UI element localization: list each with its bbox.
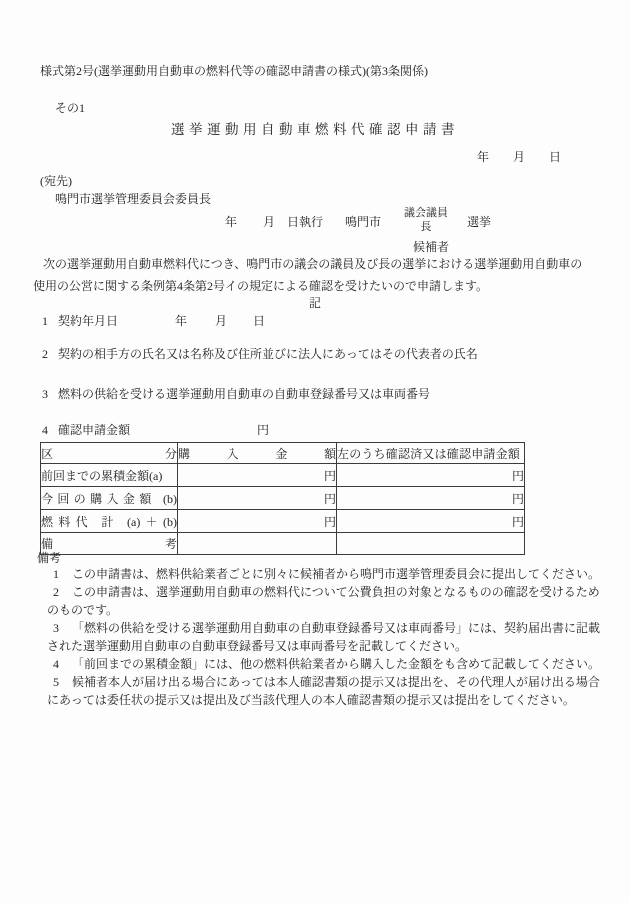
body-paragraph-line2: 使用の公営に関する条例第4条第2号イの規定による確認を受けたいので申請します。 xyxy=(33,279,488,293)
note-5: 5候補者本人が届け出る場合にあっては本人確認書類の提示又は提出を、その代理人が届… xyxy=(53,675,600,689)
item2-label: 契約の相手方の氏名又は名称及び住所並びに法人にあってはその代表者の氏名 xyxy=(58,347,478,361)
note-2: 2この申請書は、選挙運動用自動車の燃料代について公費負担の対象となるものの確認を… xyxy=(53,585,600,599)
document-title: 選挙運動用自動車燃料代確認申請書 xyxy=(0,123,630,137)
row1-amount-cell: 円 xyxy=(178,464,337,487)
row4-label: 備考 xyxy=(41,533,178,555)
form-code: 様式第2号(選挙運動用自動車の燃料代等の確認申請書の様式)(第3条関係) xyxy=(40,64,428,78)
election-suffix: 選挙 xyxy=(467,215,491,229)
note-4-number: 4 xyxy=(53,657,72,671)
table-row: 燃料代 計 (a)＋(b) 円 円 xyxy=(41,510,525,533)
office-bottom: 長 xyxy=(401,221,451,235)
row3-amount-cell: 円 xyxy=(178,510,337,533)
item1-number: 1 xyxy=(42,314,48,328)
candidate-label: 候補者 xyxy=(413,240,449,254)
item4-number: 4 xyxy=(42,423,48,437)
note-2-continuation: のものです。 xyxy=(47,603,118,617)
note-3-number: 3 xyxy=(53,621,72,635)
item4-unit: 円 xyxy=(257,423,269,437)
header-purchase-amount: 購入金額 xyxy=(178,443,337,464)
row2-confirmed-cell: 円 xyxy=(337,487,525,510)
row2-amount-cell: 円 xyxy=(178,487,337,510)
row4-confirmed-cell xyxy=(337,533,525,555)
table-row: 備考 xyxy=(41,533,525,555)
note-3-text: 「燃料の供給を受ける選挙運動用自動車の自動車登録番号又は車両番号」には、契約届出… xyxy=(72,621,600,635)
table-header-row: 区分 購入金額 左のうち確認済又は確認申請金額 xyxy=(41,443,525,464)
item1-label: 契約年月日 xyxy=(58,314,118,328)
item1-day: 日 xyxy=(253,314,265,328)
office-top: 議会議員 xyxy=(401,207,451,221)
item1-month: 月 xyxy=(215,314,227,328)
header-confirmed-amount: 左のうち確認済又は確認申請金額 xyxy=(337,443,525,464)
item2-number: 2 xyxy=(42,347,48,361)
note-4-text: 「前回までの累積金額」には、他の燃料供給業者から購入した金額をも含めて記載してく… xyxy=(72,657,600,671)
note-2-number: 2 xyxy=(53,585,72,599)
note-5-continuation: にあっては委任状の提示又は提出及び当該代理人の本人確認書類の提示又は提出をしてく… xyxy=(47,693,575,707)
note-5-number: 5 xyxy=(53,675,72,689)
note-3: 3「燃料の供給を受ける選挙運動用自動車の自動車登録番号又は車両番号」には、契約届… xyxy=(53,621,600,635)
header-date-year: 年 xyxy=(477,150,489,164)
row1-label: 前回までの累積金額(a) xyxy=(41,464,178,487)
item4-label: 確認申請金額 xyxy=(58,423,130,437)
application-form-page: 様式第2号(選挙運動用自動車の燃料代等の確認申請書の様式)(第3条関係) その1… xyxy=(0,0,630,903)
table-row: 今回の購入金額 (b) 円 円 xyxy=(41,487,525,510)
election-year: 年 xyxy=(225,215,237,229)
item3-number: 3 xyxy=(42,387,48,401)
addressee-prefix: (宛先) xyxy=(40,174,72,188)
note-1: 1この申請書は、燃料供給業者ごとに別々に候補者から鳴門市選挙管理委員会に提出して… xyxy=(53,567,600,581)
row1-confirmed-cell: 円 xyxy=(337,464,525,487)
row2-label: 今回の購入金額 (b) xyxy=(41,487,178,510)
note-5-text: 候補者本人が届け出る場合にあっては本人確認書類の提示又は提出を、その代理人が届け… xyxy=(72,675,600,689)
header-category: 区分 xyxy=(41,443,178,464)
note-2-text: この申請書は、選挙運動用自動車の燃料代について公費負担の対象となるものの確認を受… xyxy=(72,585,600,599)
row3-confirmed-cell: 円 xyxy=(337,510,525,533)
row3-label: 燃料代 計 (a)＋(b) xyxy=(41,510,178,533)
election-day-exec: 日執行 xyxy=(287,215,323,229)
body-paragraph-line1: 次の選挙運動用自動車燃料代につき、鳴門市の議会の議員及び長の選挙における選挙運動… xyxy=(33,257,582,271)
notes-heading: 備考 xyxy=(37,551,61,565)
note-3-continuation: された選挙運動用自動車の自動車登録番号又は車両番号を記載してください。 xyxy=(47,639,467,653)
note-1-text: この申請書は、燃料供給業者ごとに別々に候補者から鳴門市選挙管理委員会に提出してく… xyxy=(72,567,600,581)
header-date-day: 日 xyxy=(549,150,561,164)
part-label: その1 xyxy=(55,101,85,115)
office-choice: 議会議員 長 xyxy=(401,207,451,234)
addressee: 鳴門市選挙管理委員会委員長 xyxy=(55,192,211,206)
note-4: 4「前回までの累積金額」には、他の燃料供給業者から購入した金額をも含めて記載して… xyxy=(53,657,600,671)
header-date-month: 月 xyxy=(513,150,525,164)
table-row: 前回までの累積金額(a) 円 円 xyxy=(41,464,525,487)
row4-amount-cell xyxy=(178,533,337,555)
item3-label: 燃料の供給を受ける選挙運動用自動車の自動車登録番号又は車両番号 xyxy=(58,387,430,401)
item1-year: 年 xyxy=(175,314,187,328)
election-month: 月 xyxy=(263,215,275,229)
election-city: 鳴門市 xyxy=(345,215,381,229)
record-mark: 記 xyxy=(0,296,630,310)
note-1-number: 1 xyxy=(53,567,72,581)
fuel-amount-table: 区分 購入金額 左のうち確認済又は確認申請金額 前回までの累積金額(a) 円 円… xyxy=(40,442,525,555)
